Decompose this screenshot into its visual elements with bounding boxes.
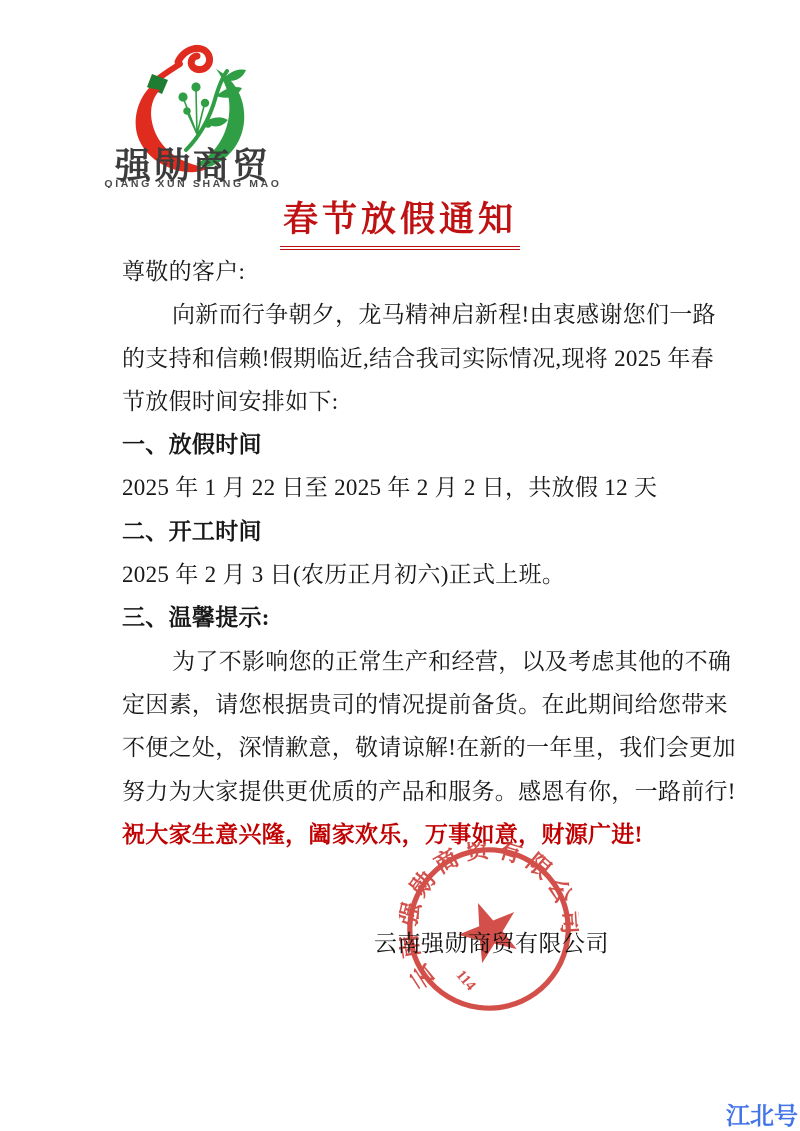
letter-line-6: 二、开工时间	[122, 510, 697, 553]
letter-line-2: 的支持和信赖!假期临近,结合我司实际情况,现将 2025 年春	[122, 337, 697, 380]
letter-body: 尊敬的客户:向新而行争朝夕，龙马精神启新程!由衷感谢您们一路的支持和信赖!假期临…	[122, 250, 697, 856]
letter-line-10: 定因素，请您根据贵司的情况提前备货。在此期间给您带来	[122, 683, 697, 726]
chili-curl	[178, 48, 210, 69]
letter-line-0: 尊敬的客户:	[122, 250, 697, 293]
letter-line-7: 2025 年 2 月 3 日(农历正月初六)正式上班。	[122, 553, 697, 596]
letter-line-11: 不便之处，深情歉意，敬请谅解!在新的一年里，我们会更加	[122, 726, 697, 769]
letter-line-3: 节放假时间安排如下:	[122, 380, 697, 423]
letter-line-1: 向新而行争朝夕，龙马精神启新程!由衷感谢您们一路	[122, 293, 697, 336]
letter-line-12: 努力为大家提供更优质的产品和服务。感恩有你，一路前行!	[122, 770, 697, 813]
letter-line-4: 一、放假时间	[122, 423, 697, 466]
letter-line-5: 2025 年 1 月 22 日至 2025 年 2 月 2 日，共放假 12 天	[122, 466, 697, 509]
chili-logo-emblem: 强勋商贸 QIANG XUN SHANG MAO	[100, 38, 286, 188]
berries	[178, 82, 211, 127]
letter-line-8: 三、温馨提示:	[122, 596, 697, 639]
company-logo: 强勋商贸 QIANG XUN SHANG MAO	[100, 38, 286, 188]
watermark-jiangbeihao: 江北号	[726, 1096, 798, 1131]
branch	[186, 71, 227, 150]
title-row: 春节放假通知	[0, 192, 800, 250]
signature-company-name: 云南强勋商贸有限公司	[374, 925, 609, 958]
notice-page: 强勋商贸 QIANG XUN SHANG MAO 春节放假通知 尊敬的客户:向新…	[0, 0, 800, 1131]
page-title: 春节放假通知	[280, 192, 520, 250]
logo-company-name-en: QIANG XUN SHANG MAO	[104, 178, 281, 188]
letter-line-9: 为了不影响您的正常生产和经营，以及考虑其他的不确	[122, 640, 697, 683]
seal-serial-fragment: 114	[453, 967, 479, 994]
